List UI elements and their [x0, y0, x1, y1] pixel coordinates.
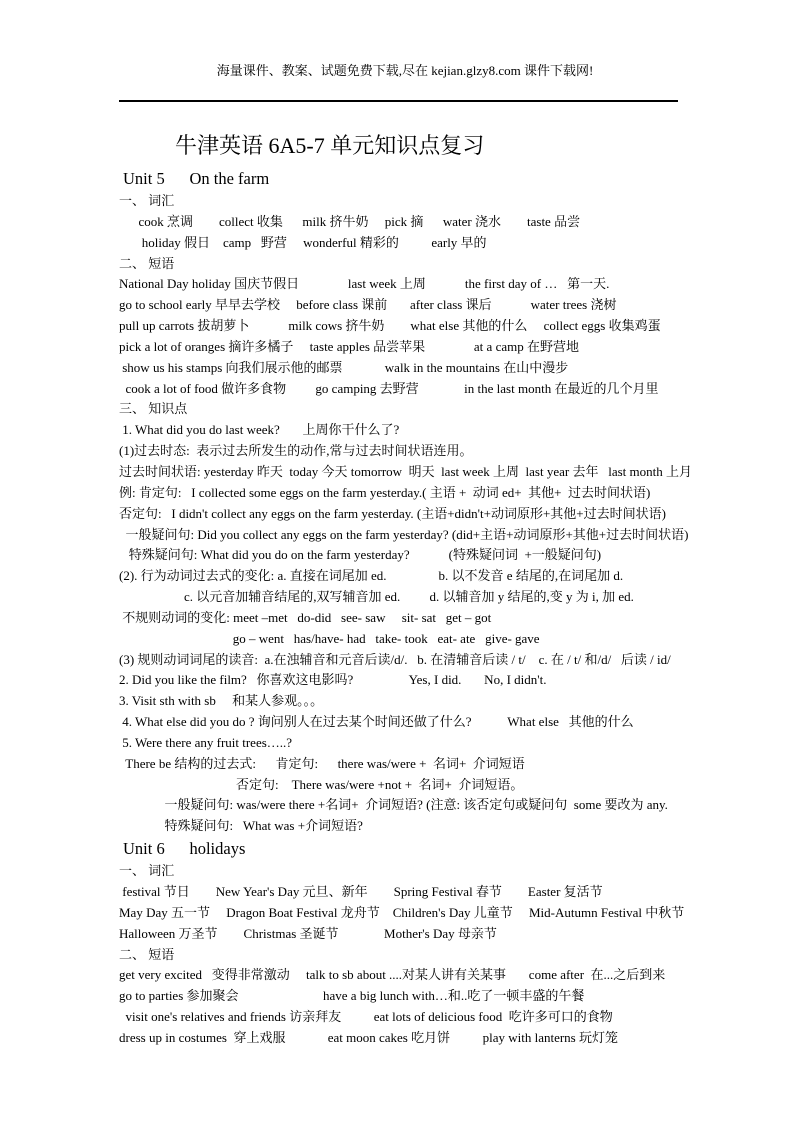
text-line: 一般疑问句: was/were there +名词+ 介词短语? (注意: 该否…: [119, 795, 678, 816]
text-line: cook a lot of food 做许多食物 go camping 去野营 …: [119, 379, 678, 400]
unit5-body: 一、 词汇 cook 烹调 collect 收集 milk 挤牛奶 pick 摘…: [119, 191, 678, 837]
text-line: 特殊疑问句: What was +介词短语?: [119, 816, 678, 837]
text-line: holiday 假日 camp 野营 wonderful 精彩的 early 早…: [119, 233, 678, 254]
text-line: (1)过去时态: 表示过去所发生的动作,常与过去时间状语连用。: [119, 441, 678, 462]
text-line: 例: 肯定句: I collected some eggs on the far…: [119, 483, 678, 504]
text-line: pull up carrots 拔胡萝卜 milk cows 挤牛奶 what …: [119, 316, 678, 337]
text-line: 二、 短语: [119, 945, 678, 966]
page-header: 海量课件、教案、试题免费下载,尽在 kejian.glzy8.com 课件下载网…: [119, 0, 678, 102]
text-line: 一般疑问句: Did you collect any eggs on the f…: [119, 525, 678, 546]
text-line: go – went has/have- had take- took eat- …: [119, 629, 678, 650]
text-line: There be 结构的过去式: 肯定句: there was/were + 名…: [119, 754, 678, 775]
text-line: 一、 词汇: [119, 861, 678, 882]
unit5-heading: Unit 5 On the farm: [123, 167, 678, 191]
text-line: cook 烹调 collect 收集 milk 挤牛奶 pick 摘 water…: [119, 212, 678, 233]
text-line: dress up in costumes 穿上戏服 eat moon cakes…: [119, 1028, 678, 1049]
text-line: Halloween 万圣节 Christmas 圣诞节 Mother's Day…: [119, 924, 678, 945]
text-line: visit one's relatives and friends 访亲拜友 e…: [119, 1007, 678, 1028]
header-text: 海量课件、教案、试题免费下载,尽在 kejian.glzy8.com 课件下载网…: [217, 63, 594, 78]
text-line: May Day 五一节 Dragon Boat Festival 龙舟节 Chi…: [119, 903, 678, 924]
text-line: 3. Visit sth with sb 和某人参观。。。: [119, 691, 678, 712]
text-line: 特殊疑问句: What did you do on the farm yeste…: [119, 545, 678, 566]
text-line: 过去时间状语: yesterday 昨天 today 今天 tomorrow 明…: [119, 462, 678, 483]
text-line: get very excited 变得非常激动 talk to sb about…: [119, 965, 678, 986]
text-line: festival 节日 New Year's Day 元旦、新年 Spring …: [119, 882, 678, 903]
text-line: 二、 短语: [119, 254, 678, 275]
text-line: National Day holiday 国庆节假日 last week 上周 …: [119, 274, 678, 295]
text-line: pick a lot of oranges 摘许多橘子 taste apples…: [119, 337, 678, 358]
text-line: 一、 词汇: [119, 191, 678, 212]
text-line: 否定句: There was/were +not + 名词+ 介词短语。: [119, 775, 678, 796]
text-line: c. 以元音加辅音结尾的,双写辅音加 ed. d. 以辅音加 y 结尾的,变 y…: [119, 587, 678, 608]
unit6-body: 一、 词汇 festival 节日 New Year's Day 元旦、新年 S…: [119, 861, 678, 1049]
page-title: 牛津英语 6A5-7 单元知识点复习: [175, 129, 678, 163]
text-line: 否定句: I didn't collect any eggs on the fa…: [119, 504, 678, 525]
text-line: go to parties 参加聚会 have a big lunch with…: [119, 986, 678, 1007]
text-line: go to school early 早早去学校 before class 课前…: [119, 295, 678, 316]
text-line: 不规则动词的变化: meet –met do-did see- saw sit-…: [119, 608, 678, 629]
text-line: 2. Did you like the film? 你喜欢这电影吗? Yes, …: [119, 670, 678, 691]
unit6-heading: Unit 6 holidays: [123, 837, 678, 861]
text-line: 4. What else did you do ? 询问别人在过去某个时间还做了…: [119, 712, 678, 733]
text-line: 5. Were there any fruit trees…..?: [119, 733, 678, 754]
text-line: 三、 知识点: [119, 399, 678, 420]
text-line: (3) 规则动词词尾的读音: a.在浊辅音和元音后读/d/. b. 在清辅音后读…: [119, 650, 678, 671]
text-line: (2). 行为动词过去式的变化: a. 直接在词尾加 ed. b. 以不发音 e…: [119, 566, 678, 587]
document-page: 海量课件、教案、试题免费下载,尽在 kejian.glzy8.com 课件下载网…: [0, 0, 793, 1049]
text-line: show us his stamps 向我们展示他的邮票 walk in the…: [119, 358, 678, 379]
text-line: 1. What did you do last week? 上周你干什么了?: [119, 420, 678, 441]
